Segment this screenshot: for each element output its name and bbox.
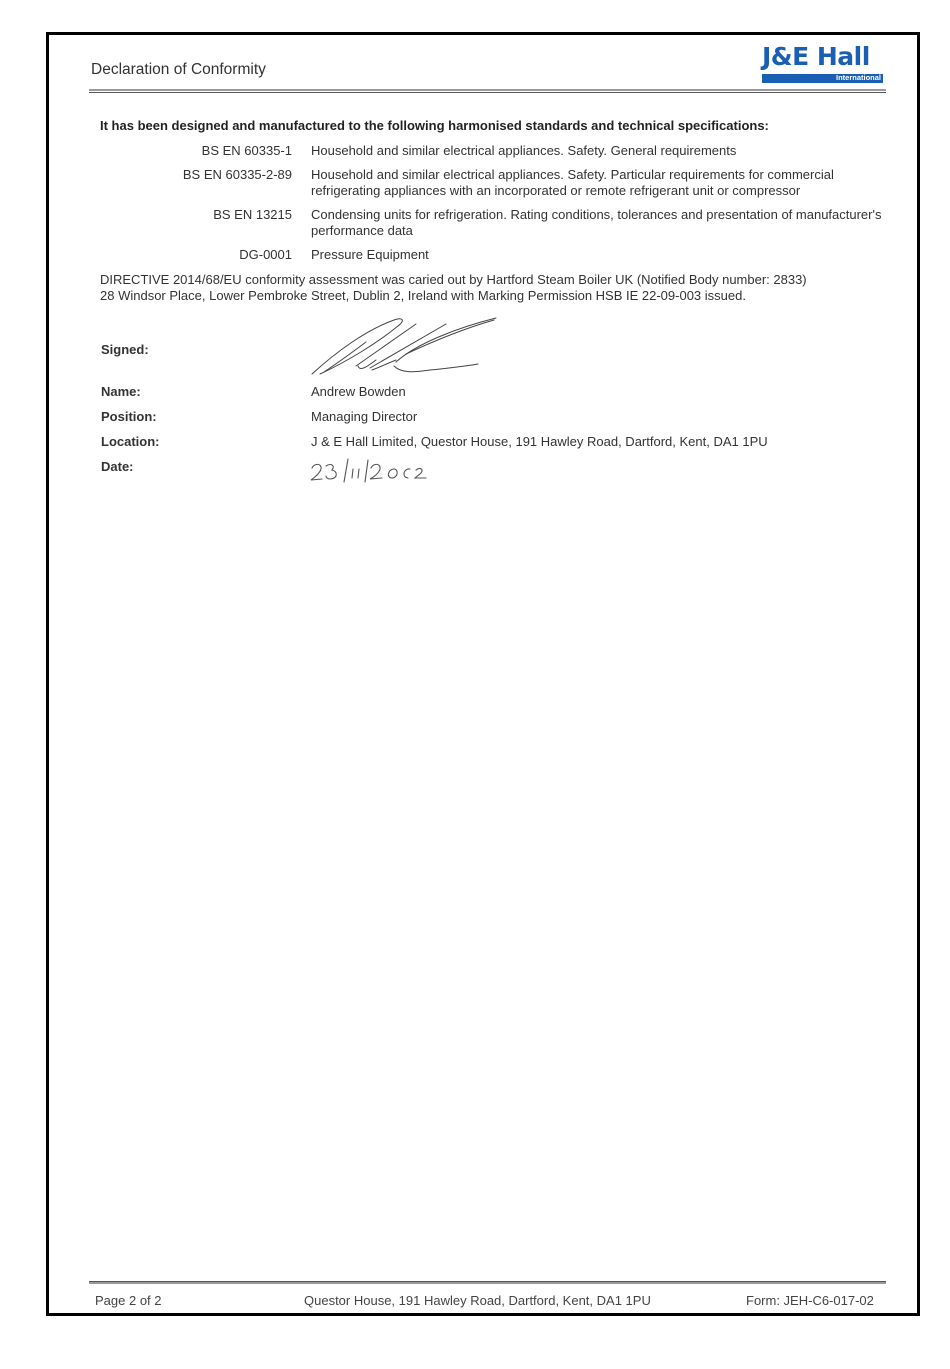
standards-intro: It has been designed and manufactured to… xyxy=(100,118,769,133)
signature-icon xyxy=(306,314,501,380)
standard-code: BS EN 60335-2-89 xyxy=(183,167,292,182)
name-label: Name: xyxy=(101,384,141,399)
directive-statement: DIRECTIVE 2014/68/EU conformity assessme… xyxy=(100,272,890,303)
signatory-location: J & E Hall Limited, Questor House, 191 H… xyxy=(311,434,768,449)
footer-address: Questor House, 191 Hawley Road, Dartford… xyxy=(304,1293,651,1308)
standard-code: BS EN 60335-1 xyxy=(202,143,292,158)
form-number: Form: JEH-C6-017-02 xyxy=(746,1293,874,1308)
position-label: Position: xyxy=(101,409,157,424)
location-label: Location: xyxy=(101,434,160,449)
signatory-position: Managing Director xyxy=(311,409,417,424)
standard-description: Household and similar electrical applian… xyxy=(311,167,886,198)
directive-line-2: 28 Windsor Place, Lower Pembroke Street,… xyxy=(100,288,890,304)
logo-subtitle: International xyxy=(836,73,881,83)
signatory-name: Andrew Bowden xyxy=(311,384,406,399)
directive-line-1: DIRECTIVE 2014/68/EU conformity assessme… xyxy=(100,272,890,288)
standard-code: BS EN 13215 xyxy=(213,207,292,222)
handwritten-date: 23/11/2022 xyxy=(308,456,443,486)
document-title: Declaration of Conformity xyxy=(91,61,266,79)
date-label: Date: xyxy=(101,459,134,474)
standard-description: Pressure Equipment xyxy=(311,247,886,263)
logo-wordmark: J&E Hall xyxy=(762,42,870,72)
footer-rule xyxy=(89,1280,886,1284)
standard-description: Condensing units for refrigeration. Rati… xyxy=(311,207,886,238)
page-number: Page 2 of 2 xyxy=(95,1293,162,1308)
standard-description: Household and similar electrical applian… xyxy=(311,143,886,159)
signed-label: Signed: xyxy=(101,342,149,357)
header-rule xyxy=(89,89,886,93)
standard-code: DG-0001 xyxy=(239,247,292,262)
company-logo: J&E Hall International xyxy=(762,46,884,86)
